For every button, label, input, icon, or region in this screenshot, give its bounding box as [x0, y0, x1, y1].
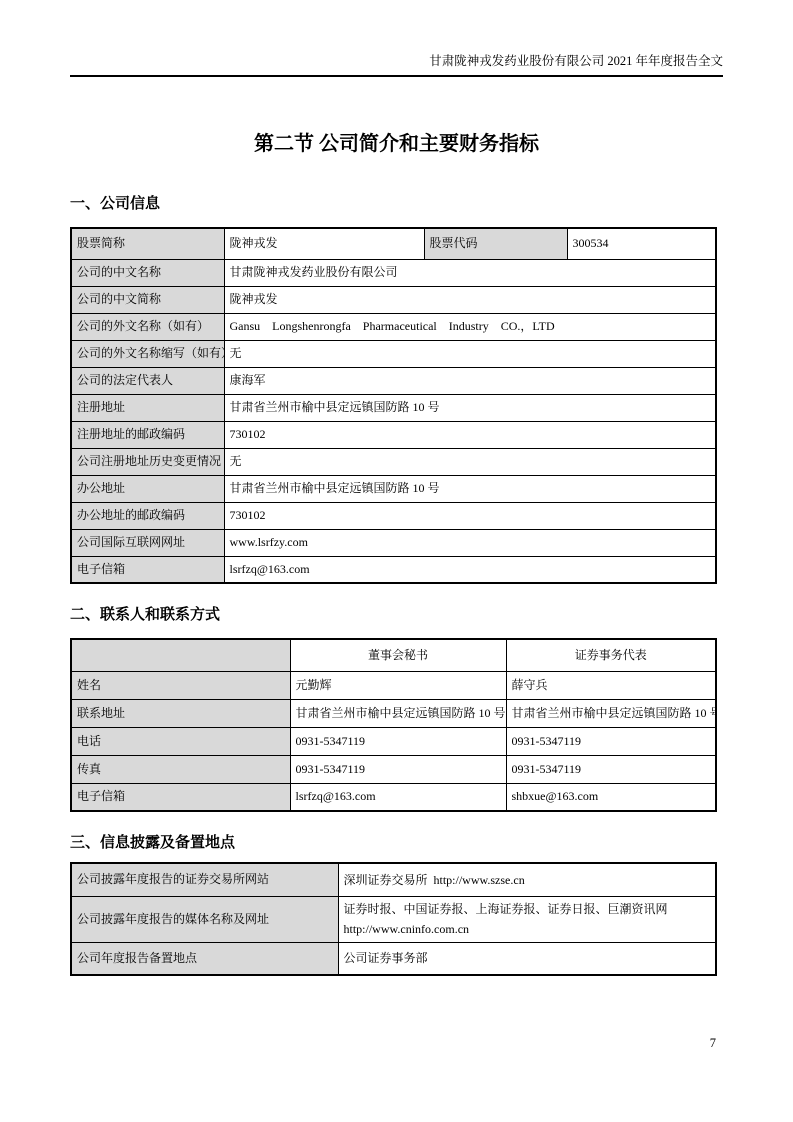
- stock-short-name-label: 股票简称: [71, 228, 224, 259]
- representative-value: shbxue@163.com: [506, 783, 716, 811]
- contacts-header-secretary: 董事会秘书: [290, 639, 506, 671]
- table-row: 注册地址的邮政编码 730102: [71, 421, 716, 448]
- row-label: 公司披露年度报告的媒体名称及网址: [71, 896, 338, 942]
- company-info-table: 股票简称 陇神戎发 股票代码 300534 公司的中文名称 甘肃陇神戎发药业股份…: [70, 227, 717, 584]
- row-value: 陇神戎发: [224, 286, 716, 313]
- section-heading-company-info: 一、公司信息: [70, 194, 160, 214]
- disclosure-table: 公司披露年度报告的证券交易所网站 深圳证券交易所 http://www.szse…: [70, 862, 717, 976]
- row-value: 730102: [224, 421, 716, 448]
- row-label: 公司的中文名称: [71, 259, 224, 286]
- report-page: 甘肃陇神戎发药业股份有限公司 2021 年年度报告全文 第二节 公司简介和主要财…: [0, 0, 793, 1122]
- row-label: 电子信箱: [71, 556, 224, 583]
- row-value: lsrfzq@163.com: [224, 556, 716, 583]
- row-label: 公司国际互联网网址: [71, 529, 224, 556]
- page-title: 第二节 公司简介和主要财务指标: [70, 129, 723, 159]
- row-label: 传真: [71, 755, 290, 783]
- secretary-value: 元勤辉: [290, 671, 506, 699]
- stock-code-value: 300534: [567, 228, 716, 259]
- table-row: 公司的中文简称 陇神戎发: [71, 286, 716, 313]
- secretary-value: 0931-5347119: [290, 755, 506, 783]
- secretary-value: lsrfzq@163.com: [290, 783, 506, 811]
- stock-short-name-value: 陇神戎发: [224, 228, 424, 259]
- stock-code-label: 股票代码: [424, 228, 567, 259]
- row-label: 电话: [71, 727, 290, 755]
- table-row: 办公地址 甘肃省兰州市榆中县定远镇国防路 10 号: [71, 475, 716, 502]
- section-heading-disclosure: 三、信息披露及备置地点: [70, 833, 235, 853]
- representative-value: 0931-5347119: [506, 755, 716, 783]
- table-row: 注册地址 甘肃省兰州市榆中县定远镇国防路 10 号: [71, 394, 716, 421]
- row-label: 电子信箱: [71, 783, 290, 811]
- row-value: 无: [224, 448, 716, 475]
- row-label: 联系地址: [71, 699, 290, 727]
- table-row: 公司的外文名称缩写（如有） 无: [71, 340, 716, 367]
- contacts-header-empty-cell: [71, 639, 290, 671]
- table-row: 电子信箱 lsrfzq@163.com shbxue@163.com: [71, 783, 716, 811]
- representative-value: 薛守兵: [506, 671, 716, 699]
- row-value: 甘肃省兰州市榆中县定远镇国防路 10 号: [224, 394, 716, 421]
- row-value: 证券时报、中国证券报、上海证券报、证券日报、巨潮资讯网 http://www.c…: [338, 896, 716, 942]
- row-label: 注册地址的邮政编码: [71, 421, 224, 448]
- table-row: 公司的法定代表人 康海军: [71, 367, 716, 394]
- table-row: 公司的外文名称（如有） Gansu Longshenrongfa Pharmac…: [71, 313, 716, 340]
- table-row: 公司注册地址历史变更情况 无: [71, 448, 716, 475]
- representative-value: 0931-5347119: [506, 727, 716, 755]
- table-row: 联系地址 甘肃省兰州市榆中县定远镇国防路 10 号 甘肃省兰州市榆中县定远镇国防…: [71, 699, 716, 727]
- table-row: 公司的中文名称 甘肃陇神戎发药业股份有限公司: [71, 259, 716, 286]
- row-value: 甘肃陇神戎发药业股份有限公司: [224, 259, 716, 286]
- representative-value: 甘肃省兰州市榆中县定远镇国防路 10 号: [506, 699, 716, 727]
- table-row: 姓名 元勤辉 薛守兵: [71, 671, 716, 699]
- row-value: 公司证券事务部: [338, 942, 716, 975]
- row-label: 公司的中文简称: [71, 286, 224, 313]
- page-header: 甘肃陇神戎发药业股份有限公司 2021 年年度报告全文: [70, 53, 723, 77]
- row-value: 深圳证券交易所 http://www.szse.cn: [338, 863, 716, 896]
- row-label: 公司年度报告备置地点: [71, 942, 338, 975]
- row-label: 姓名: [71, 671, 290, 699]
- table-row: 公司年度报告备置地点 公司证券事务部: [71, 942, 716, 975]
- table-row: 股票简称 陇神戎发 股票代码 300534: [71, 228, 716, 259]
- row-value: 730102: [224, 502, 716, 529]
- table-row: 办公地址的邮政编码 730102: [71, 502, 716, 529]
- row-value: www.lsrfzy.com: [224, 529, 716, 556]
- row-label: 公司注册地址历史变更情况: [71, 448, 224, 475]
- table-row: 公司国际互联网网址 www.lsrfzy.com: [71, 529, 716, 556]
- row-label: 公司的外文名称（如有）: [71, 313, 224, 340]
- row-label: 注册地址: [71, 394, 224, 421]
- row-value: 甘肃省兰州市榆中县定远镇国防路 10 号: [224, 475, 716, 502]
- section-heading-contacts: 二、联系人和联系方式: [70, 605, 220, 625]
- table-row: 公司披露年度报告的媒体名称及网址 证券时报、中国证券报、上海证券报、证券日报、巨…: [71, 896, 716, 942]
- row-label: 公司的外文名称缩写（如有）: [71, 340, 224, 367]
- contacts-table: 董事会秘书 证券事务代表 姓名 元勤辉 薛守兵 联系地址 甘肃省兰州市榆中县定远…: [70, 638, 717, 812]
- row-value: 无: [224, 340, 716, 367]
- secretary-value: 甘肃省兰州市榆中县定远镇国防路 10 号: [290, 699, 506, 727]
- row-value: 康海军: [224, 367, 716, 394]
- table-row: 电话 0931-5347119 0931-5347119: [71, 727, 716, 755]
- secretary-value: 0931-5347119: [290, 727, 506, 755]
- table-row: 公司披露年度报告的证券交易所网站 深圳证券交易所 http://www.szse…: [71, 863, 716, 896]
- row-label: 公司的法定代表人: [71, 367, 224, 394]
- table-row: 电子信箱 lsrfzq@163.com: [71, 556, 716, 583]
- table-header-row: 董事会秘书 证券事务代表: [71, 639, 716, 671]
- row-label: 办公地址的邮政编码: [71, 502, 224, 529]
- row-label: 办公地址: [71, 475, 224, 502]
- table-row: 传真 0931-5347119 0931-5347119: [71, 755, 716, 783]
- page-number: 7: [70, 1036, 716, 1051]
- row-label: 公司披露年度报告的证券交易所网站: [71, 863, 338, 896]
- row-value: Gansu Longshenrongfa Pharmaceutical Indu…: [224, 313, 716, 340]
- contacts-header-representative: 证券事务代表: [506, 639, 716, 671]
